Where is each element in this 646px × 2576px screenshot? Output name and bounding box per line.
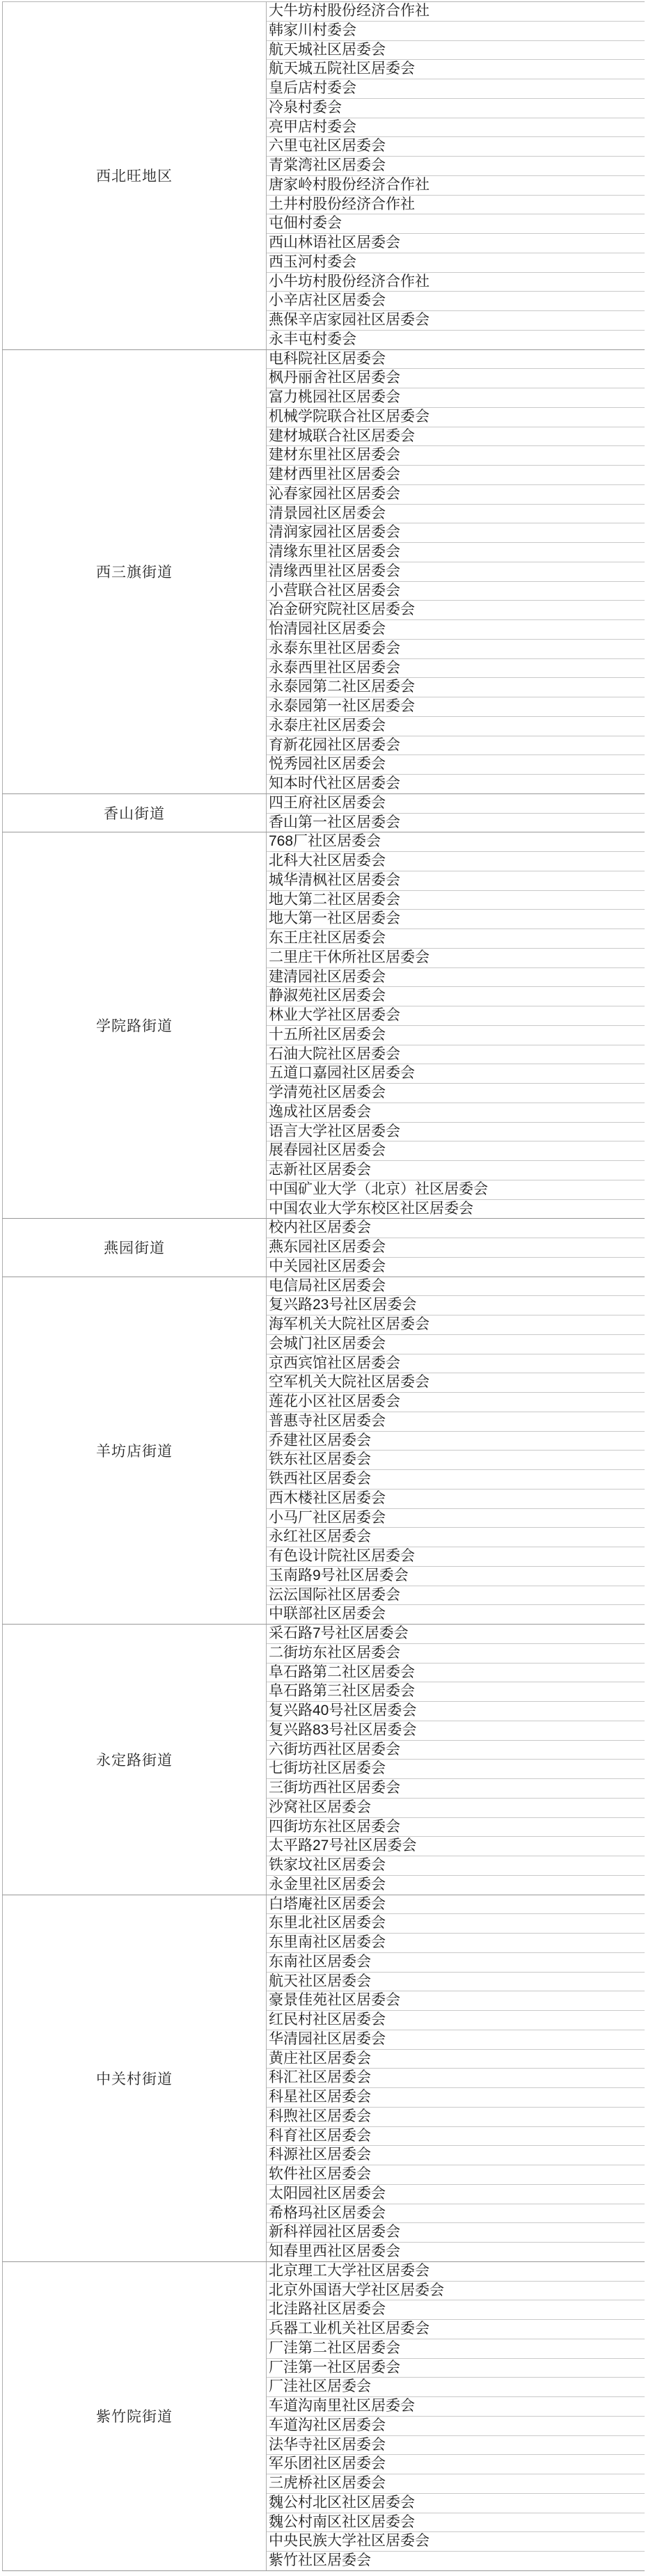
community-cell: 永泰园第二社区居委会 — [267, 678, 645, 697]
community-cell: 枫丹丽舍社区居委会 — [267, 369, 645, 388]
community-cell: 土井村股份经济合作社 — [267, 195, 645, 214]
community-cell: 电科院社区居委会 — [267, 349, 645, 369]
community-cell: 华清园社区居委会 — [267, 2030, 645, 2049]
community-cell: 西玉河村委会 — [267, 253, 645, 272]
community-cell: 永丰屯村委会 — [267, 330, 645, 349]
community-cell: 会城门社区居委会 — [267, 1334, 645, 1354]
district-cell: 羊坊店街道 — [3, 1277, 267, 1625]
community-cell: 永泰园第一社区居委会 — [267, 697, 645, 717]
community-cell: 三街坊西社区居委会 — [267, 1779, 645, 1799]
community-cell: 乔建社区居委会 — [267, 1431, 645, 1451]
table-row: 紫竹院街道北京理工大学社区居委会 — [3, 2261, 645, 2281]
community-cell: 黄庄社区居委会 — [267, 2049, 645, 2069]
community-cell: 城华清枫社区居委会 — [267, 871, 645, 890]
community-cell: 石油大院社区居委会 — [267, 1045, 645, 1064]
district-cell: 香山街道 — [3, 793, 267, 832]
community-cell: 有色设计院社区居委会 — [267, 1547, 645, 1567]
district-cell: 西三旗街道 — [3, 349, 267, 793]
community-cell: 志新社区居委会 — [267, 1161, 645, 1180]
community-cell: 悦秀园社区居委会 — [267, 755, 645, 775]
community-cell: 唐家岭村股份经济合作社 — [267, 175, 645, 195]
community-cell: 中国矿业大学（北京）社区居委会 — [267, 1180, 645, 1199]
community-cell: 普惠寺社区居委会 — [267, 1412, 645, 1431]
district-cell: 西北旺地区 — [3, 2, 267, 350]
community-cell: 机械学院联合社区居委会 — [267, 407, 645, 427]
community-cell: 沙窝社区居委会 — [267, 1798, 645, 1817]
community-cell: 知春里西社区居委会 — [267, 2243, 645, 2262]
community-cell: 屯佃村委会 — [267, 214, 645, 234]
community-cell: 航天城社区居委会 — [267, 40, 645, 60]
table-row: 燕园街道校内社区居委会 — [3, 1219, 645, 1238]
community-table-body: 西北旺地区大牛坊村股份经济合作社韩家川村委会航天城社区居委会航天城五院社区居委会… — [3, 2, 645, 2571]
community-cell: 三虎桥社区居委会 — [267, 2474, 645, 2494]
community-cell: 768厂社区居委会 — [267, 832, 645, 852]
table-row: 学院路街道768厂社区居委会 — [3, 832, 645, 852]
community-cell: 兵器工业机关社区居委会 — [267, 2320, 645, 2339]
community-cell: 清润家园社区居委会 — [267, 523, 645, 543]
community-cell: 科汇社区居委会 — [267, 2069, 645, 2088]
community-cell: 西木楼社区居委会 — [267, 1489, 645, 1508]
community-cell: 豪景佳苑社区居委会 — [267, 1991, 645, 2011]
community-cell: 永泰东里社区居委会 — [267, 639, 645, 658]
community-cell: 七街坊社区居委会 — [267, 1760, 645, 1779]
community-cell: 采石路7号社区居委会 — [267, 1625, 645, 1644]
community-cell: 中央民族大学社区居委会 — [267, 2532, 645, 2552]
community-cell: 语言大学社区居委会 — [267, 1122, 645, 1141]
community-cell: 永红社区居委会 — [267, 1528, 645, 1547]
table-row: 西北旺地区大牛坊村股份经济合作社 — [3, 2, 645, 22]
community-cell: 十五所社区居委会 — [267, 1025, 645, 1045]
community-cell: 小牛坊村股份经济合作社 — [267, 272, 645, 292]
community-cell: 怡清园社区居委会 — [267, 620, 645, 640]
community-cell: 中关园社区居委会 — [267, 1257, 645, 1277]
district-cell: 学院路街道 — [3, 832, 267, 1219]
district-cell: 紫竹院街道 — [3, 2261, 267, 2570]
community-cell: 红民村社区居委会 — [267, 2011, 645, 2030]
community-cell: 科源社区居委会 — [267, 2146, 645, 2165]
community-cell: 北京外国语大学社区居委会 — [267, 2281, 645, 2300]
community-cell: 北洼路社区居委会 — [267, 2300, 645, 2320]
community-cell: 沁春家园社区居委会 — [267, 484, 645, 504]
community-cell: 铁东社区居委会 — [267, 1451, 645, 1470]
community-cell: 厂洼社区居委会 — [267, 2378, 645, 2397]
community-cell: 清景园社区居委会 — [267, 504, 645, 523]
community-cell: 北科大社区居委会 — [267, 852, 645, 871]
community-cell: 白塔庵社区居委会 — [267, 1895, 645, 1914]
community-cell: 清缘东里社区居委会 — [267, 543, 645, 562]
community-cell: 太阳园社区居委会 — [267, 2184, 645, 2204]
district-cell: 永定路街道 — [3, 1625, 267, 1895]
community-cell: 亮甲店村委会 — [267, 118, 645, 137]
community-cell: 永泰西里社区居委会 — [267, 658, 645, 678]
community-cell: 二里庄干休所社区居委会 — [267, 948, 645, 967]
community-cell: 四王府社区居委会 — [267, 793, 645, 813]
district-cell: 中关村街道 — [3, 1895, 267, 2261]
community-cell: 永金里社区居委会 — [267, 1875, 645, 1895]
community-cell: 魏公村南区社区居委会 — [267, 2513, 645, 2532]
community-cell: 软件社区居委会 — [267, 2165, 645, 2185]
community-cell: 林业大学社区居委会 — [267, 1006, 645, 1026]
community-cell: 皇后店村委会 — [267, 79, 645, 99]
table-row: 香山街道四王府社区居委会 — [3, 793, 645, 813]
community-cell: 军乐团社区居委会 — [267, 2455, 645, 2474]
community-cell: 复兴路23号社区居委会 — [267, 1296, 645, 1315]
community-cell: 地大第一社区居委会 — [267, 910, 645, 929]
community-cell: 韩家川村委会 — [267, 21, 645, 40]
community-cell: 六街坊西社区居委会 — [267, 1740, 645, 1760]
community-cell: 西山林语社区居委会 — [267, 234, 645, 253]
community-cell: 复兴路83号社区居委会 — [267, 1721, 645, 1740]
table-row: 中关村街道白塔庵社区居委会 — [3, 1895, 645, 1914]
community-cell: 科煦社区居委会 — [267, 2107, 645, 2126]
community-cell: 沄沄国际社区居委会 — [267, 1586, 645, 1605]
community-cell: 海军机关大院社区居委会 — [267, 1315, 645, 1335]
community-cell: 建清园社区居委会 — [267, 967, 645, 987]
community-cell: 车道沟南里社区居委会 — [267, 2397, 645, 2417]
community-cell: 建材西里社区居委会 — [267, 466, 645, 485]
community-cell: 阜石路第三社区居委会 — [267, 1682, 645, 1702]
community-cell: 玉南路9号社区居委会 — [267, 1566, 645, 1586]
community-cell: 复兴路40号社区居委会 — [267, 1702, 645, 1721]
community-cell: 五道口嘉园社区居委会 — [267, 1064, 645, 1084]
community-cell: 阜石路第二社区居委会 — [267, 1663, 645, 1682]
community-cell: 中国农业大学东校区社区居委会 — [267, 1199, 645, 1219]
community-cell: 厂洼第一社区居委会 — [267, 2358, 645, 2378]
community-cell: 学清苑社区居委会 — [267, 1084, 645, 1103]
community-cell: 燕保辛店家园社区居委会 — [267, 311, 645, 331]
community-cell: 东南社区居委会 — [267, 1952, 645, 1972]
community-cell: 东里南社区居委会 — [267, 1934, 645, 1953]
community-cell: 四街坊东社区居委会 — [267, 1817, 645, 1837]
page: { "colors": { "background": "#ffffff", "… — [0, 0, 646, 2576]
district-cell: 燕园街道 — [3, 1219, 267, 1277]
community-cell: 紫竹社区居委会 — [267, 2552, 645, 2571]
table-row: 永定路街道采石路7号社区居委会 — [3, 1625, 645, 1644]
community-cell: 中联部社区居委会 — [267, 1605, 645, 1625]
community-cell: 展春园社区居委会 — [267, 1141, 645, 1161]
community-cell: 新科祥园社区居委会 — [267, 2223, 645, 2243]
community-cell: 厂洼第二社区居委会 — [267, 2339, 645, 2358]
community-cell: 校内社区居委会 — [267, 1219, 645, 1238]
community-cell: 东里北社区居委会 — [267, 1914, 645, 1934]
table-row: 西三旗街道电科院社区居委会 — [3, 349, 645, 369]
community-cell: 东王庄社区居委会 — [267, 929, 645, 949]
community-cell: 香山第一社区居委会 — [267, 813, 645, 832]
community-cell: 车道沟社区居委会 — [267, 2416, 645, 2435]
community-cell: 富力桃园社区居委会 — [267, 388, 645, 408]
community-cell: 燕东园社区居委会 — [267, 1238, 645, 1258]
community-cell: 六里屯社区居委会 — [267, 137, 645, 157]
community-cell: 空军机关大院社区居委会 — [267, 1373, 645, 1393]
community-cell: 电信局社区居委会 — [267, 1277, 645, 1296]
community-cell: 小辛店社区居委会 — [267, 292, 645, 311]
community-cell: 小营联合社区居委会 — [267, 581, 645, 601]
community-cell: 科星社区居委会 — [267, 2088, 645, 2108]
community-table-container: 西北旺地区大牛坊村股份经济合作社韩家川村委会航天城社区居委会航天城五院社区居委会… — [0, 0, 646, 2571]
community-cell: 大牛坊村股份经济合作社 — [267, 2, 645, 22]
community-cell: 冶金研究院社区居委会 — [267, 601, 645, 620]
community-cell: 太平路27号社区居委会 — [267, 1837, 645, 1856]
community-cell: 铁西社区居委会 — [267, 1470, 645, 1490]
community-cell: 魏公村北区社区居委会 — [267, 2493, 645, 2513]
community-cell: 铁家坟社区居委会 — [267, 1856, 645, 1876]
community-cell: 建材东里社区居委会 — [267, 446, 645, 466]
community-cell: 地大第二社区居委会 — [267, 890, 645, 910]
community-cell: 北京理工大学社区居委会 — [267, 2261, 645, 2281]
community-cell: 法华寺社区居委会 — [267, 2435, 645, 2455]
community-cell: 京西宾馆社区居委会 — [267, 1354, 645, 1373]
community-cell: 育新花园社区居委会 — [267, 736, 645, 755]
community-cell: 知本时代社区居委会 — [267, 775, 645, 794]
community-cell: 青棠湾社区居委会 — [267, 157, 645, 176]
community-cell: 航天社区居委会 — [267, 1972, 645, 1991]
community-cell: 逸成社区居委会 — [267, 1103, 645, 1122]
community-cell: 清缘西里社区居委会 — [267, 562, 645, 581]
community-cell: 冷泉村委会 — [267, 98, 645, 118]
community-cell: 静淑苑社区居委会 — [267, 987, 645, 1006]
community-cell: 莲花小区社区居委会 — [267, 1393, 645, 1412]
community-cell: 建材城联合社区居委会 — [267, 427, 645, 446]
community-cell: 小马厂社区居委会 — [267, 1508, 645, 1528]
community-cell: 永泰庄社区居委会 — [267, 716, 645, 736]
community-table: 西北旺地区大牛坊村股份经济合作社韩家川村委会航天城社区居委会航天城五院社区居委会… — [2, 1, 645, 2571]
table-row: 羊坊店街道电信局社区居委会 — [3, 1277, 645, 1296]
community-cell: 希格玛社区居委会 — [267, 2204, 645, 2223]
community-cell: 航天城五院社区居委会 — [267, 60, 645, 79]
community-cell: 科育社区居委会 — [267, 2126, 645, 2146]
community-cell: 二街坊东社区居委会 — [267, 1643, 645, 1663]
